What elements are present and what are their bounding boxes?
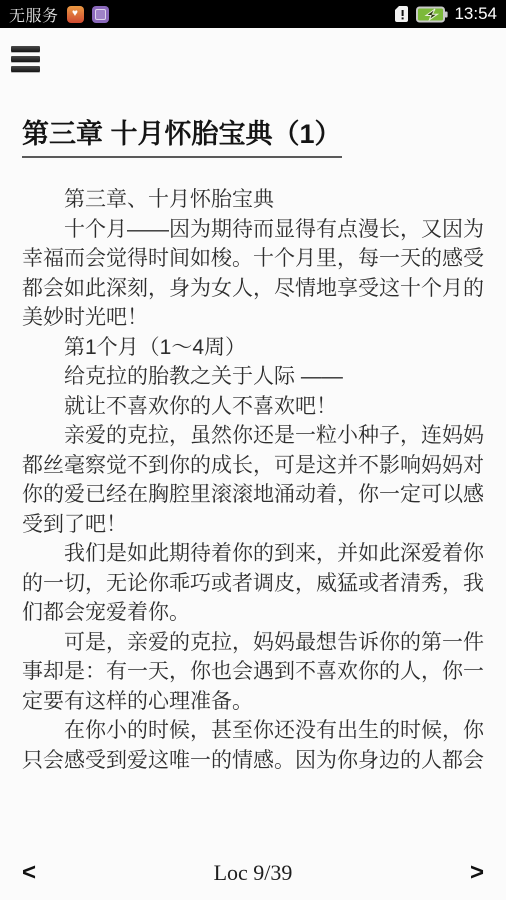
reader-text: 第三章、十月怀胎宝典十个月——因为期待而显得有点漫长，又因为幸福而会觉得时间如梭… [22, 185, 484, 775]
no-sim-icon [395, 5, 410, 23]
paragraph: 亲爱的克拉，虽然你还是一粒小种子，连妈妈都丝毫察觉不到你的成长，可是这并不影响妈… [22, 421, 484, 539]
status-bar-right: 13:54 [395, 4, 497, 24]
paragraph: 我们是如此期待着你的到来，并如此深爱着你的一切，无论你乖巧或者调皮，威猛或者清秀… [22, 539, 484, 628]
reader-page[interactable]: 第三章 十月怀胎宝典（1） 第三章、十月怀胎宝典十个月——因为期待而显得有点漫长… [0, 76, 506, 775]
reader-app: 无服务 ♥ 13:54 第三章 十月怀胎宝典（1） [0, 0, 506, 900]
next-page-button[interactable]: > [464, 859, 490, 887]
battery-charging-icon [416, 6, 448, 23]
location-indicator: Loc 9/39 [42, 860, 464, 886]
footer-bar: < Loc 9/39 > [0, 846, 506, 900]
clock-label: 13:54 [454, 4, 497, 24]
paragraph: 在你小的时候，甚至你还没有出生的时候，你只会感受到爱这唯一的情感。因为你身边的人… [22, 716, 484, 775]
paragraph: 给克拉的胎教之关于人际 —— [22, 362, 484, 392]
prev-page-button[interactable]: < [16, 859, 42, 887]
paragraph: 可是，亲爱的克拉，妈妈最想告诉你的第一件事却是：有一天，你也会遇到不喜欢你的人，… [22, 628, 484, 717]
paragraph: 就让不喜欢你的人不喜欢吧！ [22, 392, 484, 422]
app-glyph-icon [95, 9, 106, 20]
carrier-label: 无服务 [9, 3, 59, 26]
paragraph: 第1个月（1～4周） [22, 333, 484, 363]
status-bar: 无服务 ♥ 13:54 [0, 0, 506, 28]
menu-button[interactable] [11, 46, 41, 72]
notification-app-icon-1: ♥ [67, 6, 84, 23]
chapter-title: 第三章 十月怀胎宝典（1） [22, 112, 342, 158]
hamburger-icon [11, 46, 40, 52]
notification-app-icon-2 [92, 6, 109, 23]
paragraph: 十个月——因为期待而显得有点漫长，又因为幸福而会觉得时间如梭。十个月里，每一天的… [22, 215, 484, 333]
heart-icon: ♥ [72, 9, 78, 19]
paragraph: 第三章、十月怀胎宝典 [22, 185, 484, 215]
